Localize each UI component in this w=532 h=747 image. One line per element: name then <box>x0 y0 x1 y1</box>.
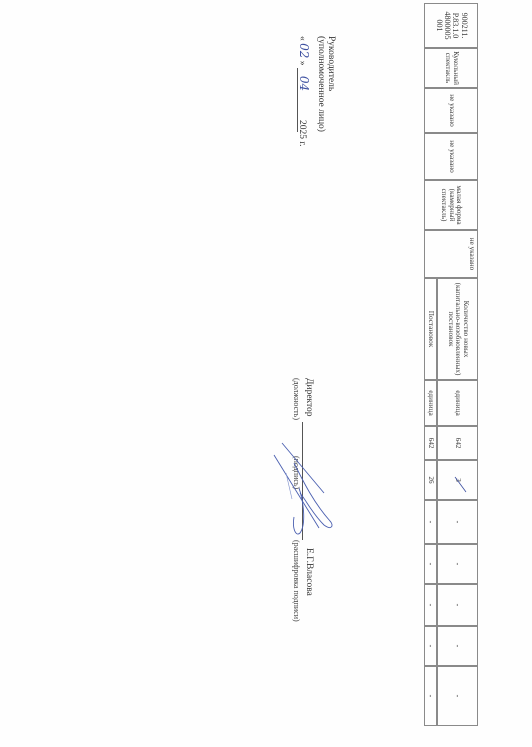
dash-text: - <box>427 563 435 566</box>
head-subtitle: (уполномоченное лицо) <box>316 36 326 147</box>
sub-value-total-cell: 642 <box>424 426 437 460</box>
form-cell: малая форма (камерный спектакль) <box>424 180 478 230</box>
indicator-text: Количество новых (капитально-возобновлен… <box>446 280 469 378</box>
head-signature-block: Руководитель (уполномоченное лицо) « 02 … <box>295 36 336 147</box>
kind-text: Кукольный спектакль <box>443 50 458 86</box>
document-page: 900211. Р.83.1.0 4800005 001 Кукольный с… <box>0 0 532 747</box>
col3-text: не указано <box>447 94 455 126</box>
form-text: малая форма (камерный спектакль) <box>440 182 463 228</box>
code-line: Р.83.1.0 <box>451 12 459 40</box>
dash-cell: - <box>424 626 437 666</box>
dash-text: - <box>454 645 462 648</box>
dash-cell: - <box>424 500 437 544</box>
col6-text: не указано <box>467 238 475 270</box>
dash-text: - <box>454 695 462 698</box>
dash-text: - <box>427 521 435 524</box>
sub-value-2-text: 26 <box>427 476 435 483</box>
code-line: 900211. <box>459 12 467 40</box>
dash-cell: - <box>424 666 437 726</box>
code-line: 001 <box>434 12 442 40</box>
unit-cell: единица <box>437 380 478 426</box>
director-name: Е.Г.Власова <box>304 548 314 596</box>
sub-indicator-text: Постановок <box>427 311 435 347</box>
kind-cell: Кукольный спектакль <box>424 48 478 88</box>
sub-unit-cell: единица <box>424 380 437 426</box>
date-underline <box>297 68 298 132</box>
data-table: 900211. Р.83.1.0 4800005 001 Кукольный с… <box>424 3 478 726</box>
sub-unit-text: единица <box>427 390 435 415</box>
director-position: Директор <box>304 378 314 417</box>
col4-cell: не указано <box>424 133 478 180</box>
dash-text: - <box>454 563 462 566</box>
name-caption: (расшифровка подписи) <box>292 540 301 622</box>
value-2-cell: 3 <box>437 460 478 500</box>
dash-text: - <box>427 695 435 698</box>
dash-text: - <box>454 604 462 607</box>
dash-text: - <box>427 604 435 607</box>
indicator-cell: Количество новых (капитально-возобновлен… <box>437 278 478 380</box>
registry-code-cell: 900211. Р.83.1.0 4800005 001 <box>424 3 478 48</box>
dash-text: - <box>427 645 435 648</box>
col4-text: не указано <box>447 140 455 172</box>
dash-cell: - <box>424 544 437 584</box>
date-year: 2025 г. <box>297 120 307 147</box>
value-total-cell: 642 <box>437 426 478 460</box>
sub-value-2-cell: 26 <box>424 460 437 500</box>
col3-cell: не указано <box>424 88 478 133</box>
dash-cell: - <box>437 626 478 666</box>
dash-cell: - <box>437 666 478 726</box>
position-caption: (должность) <box>292 378 301 420</box>
code-line: 4800005 <box>443 12 451 40</box>
value-total-text: 642 <box>454 438 462 449</box>
checkmark-icon <box>449 475 469 495</box>
dash-cell: - <box>437 584 478 626</box>
head-title: Руководитель <box>326 36 336 147</box>
handwritten-signature-icon <box>264 433 344 543</box>
date-line: « 02 » 04 2025 г. <box>295 36 311 147</box>
dash-cell: - <box>424 584 437 626</box>
dash-cell: - <box>437 544 478 584</box>
col6-cell: не указано <box>424 230 478 278</box>
sub-value-total-text: 642 <box>427 438 435 449</box>
date-month: 04 <box>297 76 311 91</box>
sub-indicator-cell: Постановок <box>424 278 437 380</box>
quote-open: « <box>297 36 307 41</box>
quote-close: » <box>297 61 307 66</box>
dash-text: - <box>454 521 462 524</box>
unit-text: единица <box>454 390 462 415</box>
director-signature-block: Директор Е.Г.Власова (должность) (подпис… <box>254 378 314 638</box>
dash-cell: - <box>437 500 478 544</box>
date-day: 02 <box>297 43 311 58</box>
